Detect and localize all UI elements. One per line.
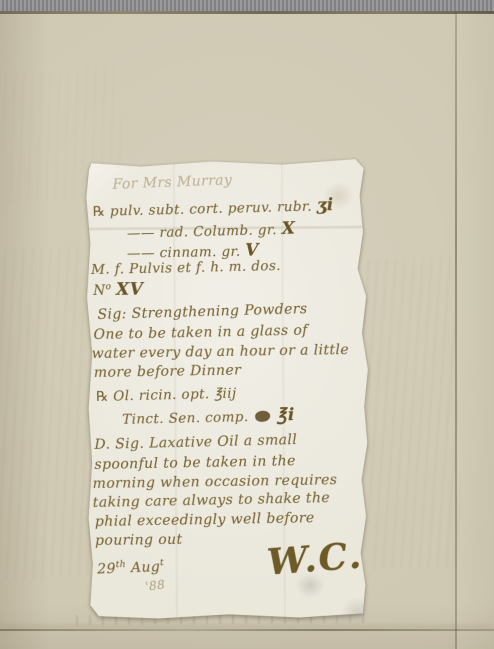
date-day: 29 — [97, 561, 116, 578]
ditto-dash: —— — [127, 245, 155, 261]
dose-count-value: XV — [116, 280, 143, 300]
page-top-edge — [0, 11, 494, 14]
physician-initials: W.C. — [266, 534, 365, 583]
page-bottom-crease — [0, 629, 494, 631]
recipe1-ingredient-1-text: ℞ pulv. subt. cort. peruv. rubr. — [93, 199, 313, 220]
recipe1-sig-line-2: One to be taken in a glass of — [93, 322, 307, 342]
recipe1-sig-line-4: more before Dinner — [94, 362, 242, 381]
recipe1-mix-instruction: M. f. Pulvis et f. h. m. dos. — [91, 258, 281, 278]
recipe1-ingredient-2-qty: X — [281, 219, 295, 239]
date-month-suffix: t — [160, 558, 164, 568]
ink-blot-correction — [254, 410, 271, 423]
volume-binding-edge — [0, 0, 494, 11]
recipe2-sig-line-5: phial exceedingly well before — [95, 510, 315, 530]
recipe2-sig-line-1: D. Sig. Laxative Oil a small — [94, 432, 297, 453]
patient-name-line: For Mrs Murray — [112, 172, 232, 193]
recipe2-sig-line-2: spoonful to be taken in the — [94, 453, 296, 473]
number-abbrev-sup: o — [105, 282, 111, 292]
recipe1-dose-count: No XV — [93, 280, 143, 300]
recipe1-ingredient-2: —— rad. Columb. gr. X — [127, 219, 296, 243]
recipe2-ingredient-2-qty: ℥i — [277, 405, 295, 425]
recipe1-ingredient-1: ℞ pulv. subt. cort. peruv. rubr. ʒi — [93, 195, 334, 221]
prescription-slip-paper: For Mrs Murray ℞ pulv. subt. cort. peruv… — [84, 159, 369, 619]
number-abbrev: N — [93, 283, 105, 299]
date-month: Aug — [131, 559, 161, 576]
recipe2-sig-line-6: pouring out — [95, 532, 183, 549]
recipe2-sig-line-3: morning when occasion requires — [93, 472, 338, 492]
ditto-dash: —— — [127, 225, 155, 242]
recipe1-sig-line-3: water every day an hour or a little — [92, 342, 350, 362]
recipe2-ingredient-1: ℞ Ol. ricin. opt. ℥iij — [96, 385, 237, 404]
ink-showthrough-right — [361, 256, 464, 569]
date-day-suffix: th — [116, 560, 127, 570]
recipe1-sig-line-1: Sig: Strengthening Powders — [97, 301, 307, 323]
recipe1-ingredient-2-text: rad. Columb. gr. — [159, 222, 277, 241]
recipe2-ingredient-2: Tinct. Sen. comp. ℥i — [122, 405, 295, 429]
recipe2-ingredient-2-text: Tinct. Sen. comp. — [122, 409, 249, 428]
recipe1-ingredient-1-qty: ʒi — [316, 195, 333, 215]
manuscript-photograph: For Mrs Murray ℞ pulv. subt. cort. peruv… — [0, 0, 494, 649]
date-line: 29th Augt — [97, 558, 165, 577]
date-year: '88 — [145, 577, 166, 593]
recipe2-sig-line-4: taking care always to shake the — [93, 490, 331, 511]
prescription-slip: For Mrs Murray ℞ pulv. subt. cort. peruv… — [84, 159, 369, 619]
